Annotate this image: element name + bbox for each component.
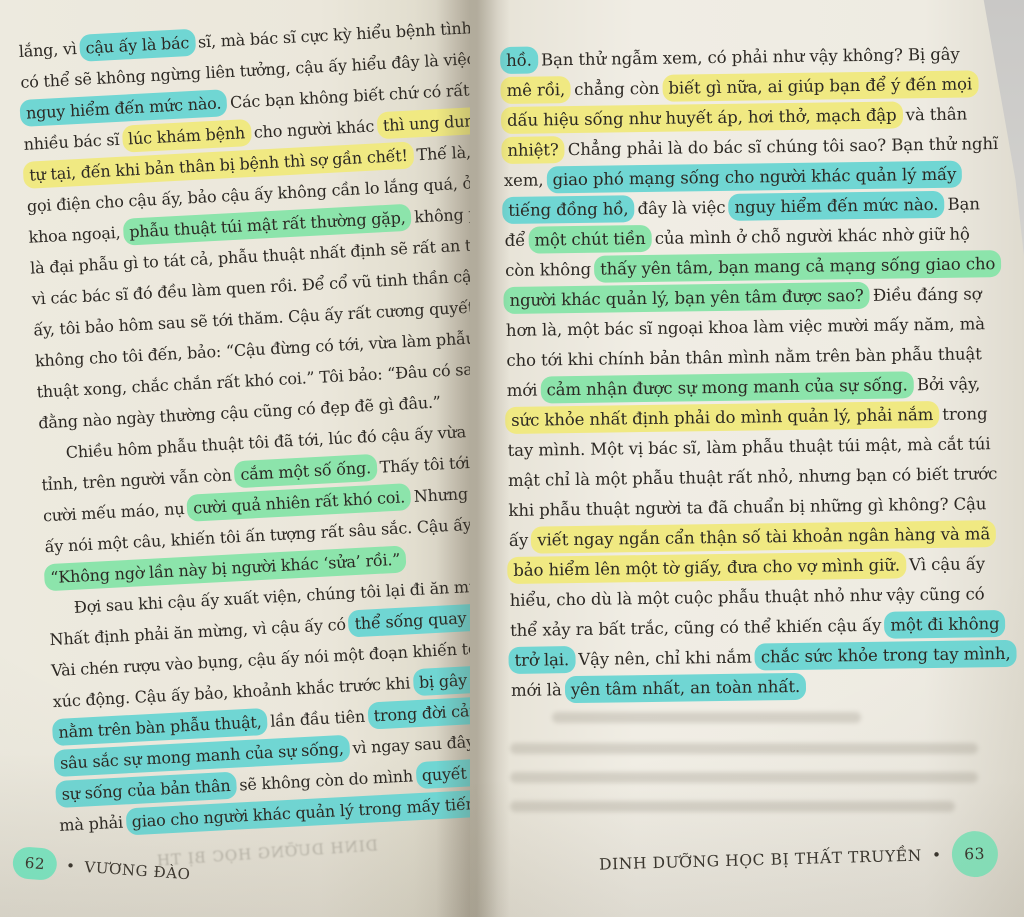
text-segment: còn không — [505, 260, 596, 280]
text-segment: Chẳng phải là do bác sĩ chúng tôi sao? B… — [563, 134, 999, 159]
text-segment: Bạn thử ngẫm xem, có phải như vậy không?… — [536, 45, 960, 70]
text-segment: đây là việc — [632, 198, 730, 218]
highlight-yellow: mê rồi, — [500, 76, 571, 104]
ghost-line — [510, 743, 978, 754]
highlight-yellow: nhiệt? — [501, 136, 565, 164]
text-segment: mà phải — [59, 812, 128, 835]
text-segment: xem, — [504, 170, 549, 190]
text-segment: của mình ở chỗ người khác nhờ giữ hộ — [649, 224, 969, 247]
text-segment: nhiều bác sĩ — [23, 130, 124, 154]
left-page: lắng, vì cậu ấy là bác sĩ, mà bác sĩ cực… — [0, 0, 470, 917]
text-segment: chẳng còn — [569, 79, 665, 99]
book-spread-photo: lắng, vì cậu ấy là bác sĩ, mà bác sĩ cực… — [0, 0, 1024, 917]
paragraph: lắng, vì cậu ấy là bác sĩ, mà bác sĩ cực… — [18, 13, 478, 438]
highlight-green: người khác quản lý, bạn yên tâm được sao… — [503, 282, 870, 314]
text-segment: tỉnh, trên người vẫn còn — [41, 465, 237, 494]
right-page: hồ. Bạn thử ngẫm xem, có phải như vậy kh… — [470, 0, 1024, 917]
highlight-yellow: sức khỏe nhất định phải do mình quản lý,… — [505, 401, 939, 434]
footer-author: VƯƠNG ĐÀO — [84, 858, 191, 883]
highlight-cyan: trở lại. — [508, 646, 575, 674]
paragraph: Đợi sau khi cậu ấy xuất viện, chúng tôi … — [47, 570, 499, 841]
text-segment: cười mếu máo, nụ — [43, 499, 190, 526]
highlight-cyan: giao phó mạng sống cho người khác quản l… — [546, 161, 962, 194]
footer-separator-dot: • — [932, 846, 942, 864]
text-segment: Bạn — [942, 194, 980, 214]
text-segment: khi phẫu thuật người ta đã chuẩn bị nhữn… — [508, 494, 986, 520]
highlight-yellow: viết ngay ngắn cẩn thận số tài khoản ngâ… — [531, 520, 996, 553]
text-segment: khoa ngoại, — [28, 223, 126, 247]
text-segment: hiểu, cho dù là một cuộc phẫu thuật nhỏ … — [510, 584, 985, 610]
text-segment: Điều đáng sợ — [868, 284, 982, 305]
text-segment: mật chỉ là một phẫu thuật rất nhỏ, nhưng… — [508, 464, 997, 490]
text-segment: mới là — [511, 680, 567, 700]
highlight-cyan: chắc sức khỏe trong tay mình, — [755, 640, 1017, 671]
text-segment: ấy — [509, 531, 534, 550]
highlight-green: một chút tiền — [528, 225, 652, 254]
text-segment: mới — [507, 380, 543, 399]
highlight-cyan: cậu ấy là bác — [79, 29, 196, 62]
highlight-cyan: nguy hiểm đến mức nào. — [728, 191, 944, 221]
footer-separator-dot: • — [65, 857, 76, 876]
highlight-yellow: bảo hiểm lên một tờ giấy, đưa cho vợ mìn… — [507, 551, 906, 584]
highlight-cyan: tiếng đồng hồ, — [502, 195, 635, 224]
left-page-text: lắng, vì cậu ấy là bác sĩ, mà bác sĩ cực… — [18, 13, 500, 841]
text-segment: và thân — [900, 105, 967, 125]
text-segment: Vì cậu ấy — [904, 554, 985, 574]
right-page-number: 63 — [951, 830, 998, 877]
text-line: mới là yên tâm nhất, an toàn nhất. — [511, 669, 1013, 706]
bleedthrough-ghost-lines — [510, 712, 978, 812]
highlight-green: thấy yên tâm, bạn mang cả mạng sống giao… — [594, 250, 1002, 283]
text-segment: hơn là, một bác sĩ ngoại khoa làm việc m… — [506, 314, 985, 340]
highlight-cyan: hồ. — [500, 47, 538, 75]
highlight-yellow: dấu hiệu sống như huyết áp, hơi thở, mạc… — [501, 101, 903, 134]
highlight-yellow: lúc khám bệnh — [121, 119, 251, 153]
right-page-text: hồ. Bạn thử ngẫm xem, có phải như vậy kh… — [502, 39, 1013, 706]
text-segment: lần đầu tiên — [265, 707, 370, 731]
highlight-cyan: yên tâm nhất, an toàn nhất. — [565, 673, 807, 703]
right-page-footer: DINH DƯỠNG HỌC BỊ THẤT TRUYỀN • 63 — [599, 830, 999, 887]
highlight-yellow: biết gì nữa, ai giúp bạn để ý đến mọi — [662, 70, 978, 101]
text-segment: trong — [937, 404, 988, 424]
text-segment: sẽ không còn do mình — [234, 766, 418, 795]
paragraph: hồ. Bạn thử ngẫm xem, có phải như vậy kh… — [502, 39, 1013, 706]
text-segment: tay mình. Một vị bác sĩ, làm phẫu thuật … — [508, 434, 991, 460]
text-segment: thể xảy ra bất trắc, cũng có thể khiến c… — [510, 616, 887, 640]
text-segment: Bởi vậy, — [912, 374, 981, 394]
ghost-line — [510, 801, 955, 812]
highlight-cyan: một đi không — [884, 610, 1005, 639]
text-segment: cho tới khi chính bản thân mình nằm trên… — [506, 344, 982, 370]
text-segment: để — [505, 231, 531, 250]
ghost-line — [510, 772, 978, 783]
text-segment: Vậy nên, chỉ khi nắm — [573, 648, 757, 670]
text-segment: lắng, vì — [18, 39, 82, 61]
paragraph: Chiều hôm phẫu thuật tôi đã tới, lúc đó … — [39, 415, 487, 593]
left-page-number: 62 — [12, 846, 58, 881]
ghost-line — [552, 712, 861, 723]
highlight-green: cảm nhận được sự mong manh của sự sống. — [540, 371, 914, 403]
footer-title: DINH DƯỠNG HỌC BỊ THẤT TRUYỀN — [599, 847, 922, 874]
text-segment: cho người khác — [248, 116, 379, 142]
